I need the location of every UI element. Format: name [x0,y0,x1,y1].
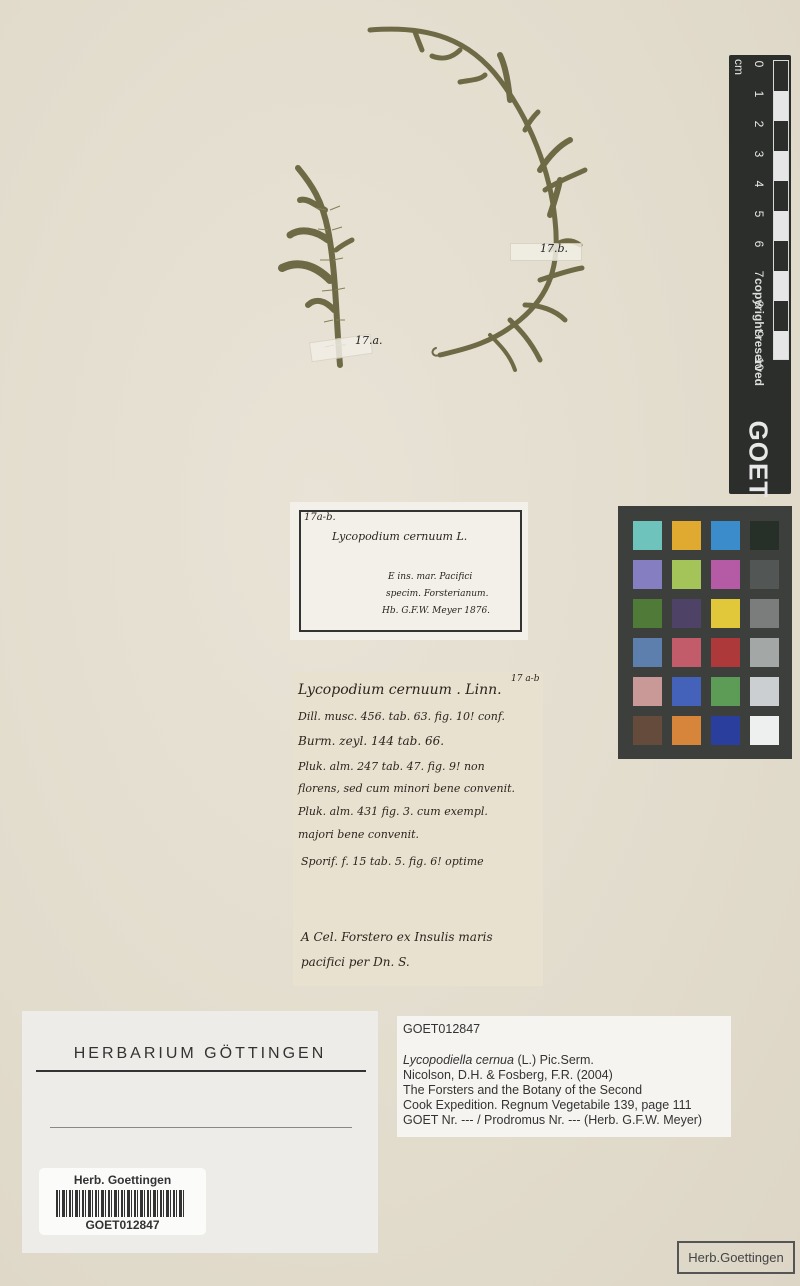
color-swatch [711,560,740,589]
ruler-scale-bar [773,60,789,360]
scale-ruler: cm 0 1 2 3 4 5 6 7 8 9 10 copyright rese… [729,55,791,494]
color-swatch [750,521,779,550]
reference-line: Cook Expedition. Regnum Vegetabile 139, … [403,1098,692,1113]
ruler-tick: 3 [752,144,766,164]
color-swatch [711,638,740,667]
old-label-small: 17a-b. Lycopodium cernuum L. E ins. mar.… [290,502,528,640]
specimen-fragment-b [360,20,600,385]
ruler-tick: 2 [752,114,766,134]
label-line: pacifici per Dn. S. [301,955,410,969]
label-taxon: Lycopodium cernuum . Linn. [298,682,502,698]
color-swatch [672,677,701,706]
color-swatch [633,560,662,589]
color-swatch [672,560,701,589]
herbarium-label: HERBARIUM GÖTTINGEN Herb. Goettingen GOE… [22,1011,378,1253]
divider [50,1127,352,1128]
ruler-tick: 1 [752,84,766,104]
label-line: Pluk. alm. 247 tab. 47. fig. 9! non [298,760,485,773]
barcode-icon [56,1190,186,1217]
taxon-italic: Lycopodiella cernua [403,1053,514,1067]
label-line: Sporif. f. 15 tab. 5. fig. 6! optime [301,855,484,868]
reference-line: GOET Nr. --- / Prodromus Nr. --- (Herb. … [403,1113,702,1128]
label-line: Dill. musc. 456. tab. 63. fig. 10! conf. [298,710,505,723]
color-swatch [750,599,779,628]
label-line: majori bene convenit. [298,828,419,841]
label-line: florens, sed cum minori bene convenit. [298,782,515,795]
color-swatch [750,638,779,667]
old-label-large: 17 a-b Lycopodium cernuum . Linn. Dill. … [293,672,543,986]
ruler-brand-logo: GOET [743,421,774,491]
color-swatch [633,521,662,550]
reference-line: The Forsters and the Botany of the Secon… [403,1083,642,1098]
label-line: Hb. G.F.W. Meyer 1876. [382,606,490,616]
color-swatch [672,599,701,628]
color-swatch [633,599,662,628]
color-swatch [711,677,740,706]
ruler-tick: 0 [752,54,766,74]
barcode-header: Herb. Goettingen [39,1173,206,1187]
color-swatch [750,716,779,745]
herbarium-title: HERBARIUM GÖTTINGEN [22,1045,378,1063]
color-swatch [711,716,740,745]
label-line: specim. Forsterianum. [386,589,488,599]
divider [36,1070,366,1072]
label-line: Burm. zeyl. 144 tab. 66. [298,734,444,748]
label-line: E ins. mar. Pacifici [388,572,472,582]
color-swatch [672,716,701,745]
label-taxon: Lycopodium cernuum L. [332,530,467,543]
determination-label: GOET012847 Lycopodiella cernua (L.) Pic.… [397,1016,731,1137]
barcode-number: GOET012847 [39,1218,206,1232]
ruler-tick: 4 [752,174,766,194]
label-line: A Cel. Forstero ex Insulis maris [301,930,493,944]
color-swatch [750,560,779,589]
barcode-sticker: Herb. Goettingen GOET012847 [39,1168,206,1235]
color-calibration-chart [618,506,792,759]
color-swatch [750,677,779,706]
taxon-name: Lycopodiella cernua (L.) Pic.Serm. [403,1053,594,1068]
color-swatch [633,677,662,706]
ruler-copyright: copyright reserved [752,252,766,412]
reference-line: Nicolson, D.H. & Fosberg, F.R. (2004) [403,1068,613,1083]
ruler-tick: 5 [752,204,766,224]
label-corner-note: 17 a-b [511,674,539,684]
label-corner-note: 17a-b. [304,512,336,523]
color-swatch [633,716,662,745]
herbarium-sheet: 17.a. 17.b. cm 0 1 2 3 4 5 6 [0,0,800,1286]
label-line: Pluk. alm. 431 fig. 3. cum exempl. [298,805,488,818]
specimen-tag-b: 17.b. [540,242,568,255]
catalog-number: GOET012847 [403,1022,480,1037]
color-swatch [672,638,701,667]
taxon-author: (L.) Pic.Serm. [514,1053,594,1067]
ruler-tick: 6 [752,234,766,254]
color-swatch [711,521,740,550]
color-swatch [672,521,701,550]
herbarium-stamp: Herb.Goettingen [677,1241,795,1274]
ruler-unit: cm [732,57,746,77]
color-swatch [633,638,662,667]
color-swatch [711,599,740,628]
